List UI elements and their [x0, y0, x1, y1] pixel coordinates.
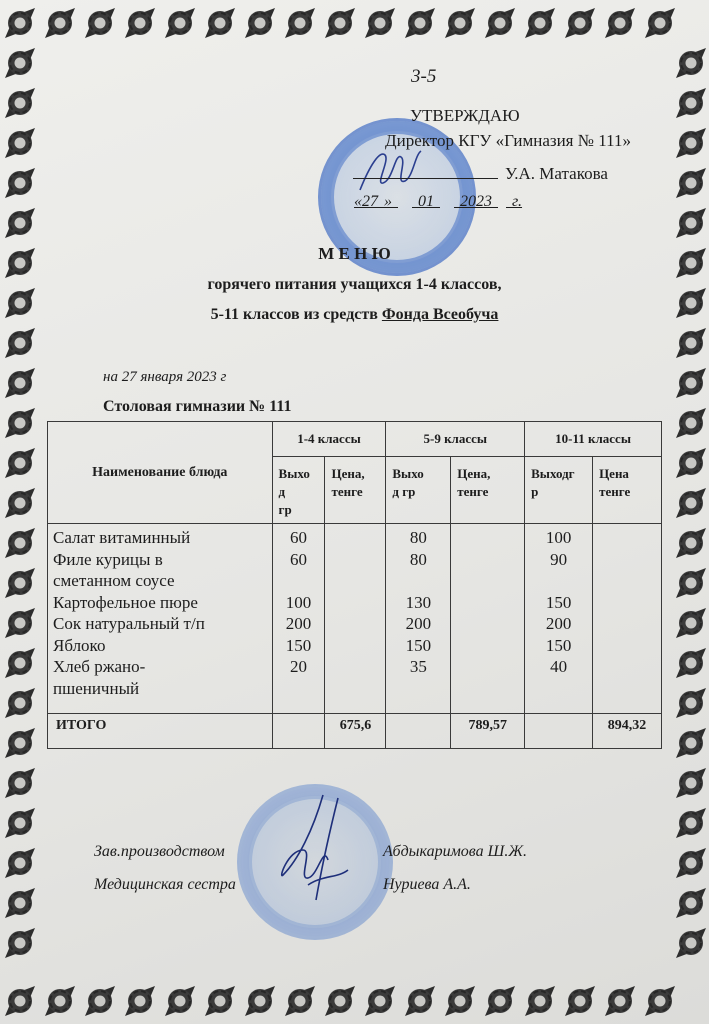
border-ornament-icon — [674, 566, 708, 600]
dish-name: Картофельное пюре — [48, 592, 272, 614]
dish-yield: 200 — [273, 613, 325, 635]
date-year: 2023 — [460, 193, 492, 210]
border-ornament-icon — [123, 984, 157, 1018]
border-ornament-icon — [203, 6, 237, 40]
border-ornament-icon — [674, 886, 708, 920]
border-ornament-icon — [3, 566, 37, 600]
approval-position: Директор КГУ «Гимназия № 111» — [385, 131, 631, 151]
total-price-10-11: 894,32 — [593, 714, 662, 749]
approval-signer: У.А. Матакова — [505, 164, 608, 184]
dish-name-cont: пшеничный — [48, 678, 272, 700]
border-ornament-icon — [674, 326, 708, 360]
price-header-5-9: Цена,тенге — [451, 457, 525, 524]
border-ornament-icon — [323, 984, 357, 1018]
border-ornament-icon — [3, 126, 37, 160]
border-ornament-icon — [3, 86, 37, 120]
group-header-5-9: 5-9 классы — [386, 422, 525, 457]
border-ornament-icon — [3, 886, 37, 920]
total-label: итого — [48, 714, 273, 749]
border-ornament-icon — [203, 984, 237, 1018]
dish-yield: 150 — [386, 635, 450, 657]
dish-yield: 80 — [386, 549, 450, 571]
border-ornament-icon — [674, 486, 708, 520]
spacer — [525, 678, 592, 700]
border-ornament-icon — [674, 686, 708, 720]
table-body-row: Салат витаминныйФиле курицы всметанном с… — [48, 524, 662, 714]
border-ornament-icon — [603, 6, 637, 40]
dish-yield: 200 — [525, 613, 592, 635]
menu-subtitle-1: горячего питания учащихся 1-4 классов, — [0, 276, 709, 294]
border-ornament-icon — [3, 46, 37, 80]
corner-mark: 3-5 — [411, 66, 436, 88]
border-ornament-icon — [83, 6, 117, 40]
border-ornament-icon — [3, 446, 37, 480]
border-ornament-icon — [674, 846, 708, 880]
staff-signatures — [268, 790, 358, 910]
director-signature — [355, 145, 425, 195]
border-ornament-icon — [283, 6, 317, 40]
document-page: 3-5 УТВЕРЖДАЮ Директор КГУ «Гимназия № 1… — [0, 0, 709, 1024]
border-ornament-icon — [163, 6, 197, 40]
border-ornament-icon — [283, 984, 317, 1018]
price-header-1-4: Цена,тенге — [325, 457, 386, 524]
border-ornament-icon — [403, 6, 437, 40]
group-header-10-11: 10-11 классы — [525, 422, 662, 457]
dish-name-cont: сметанном соусе — [48, 570, 272, 592]
dish-yield: 100 — [525, 527, 592, 549]
border-ornament-icon — [674, 926, 708, 960]
border-ornament-icon — [674, 166, 708, 200]
dish-yield: 100 — [273, 592, 325, 614]
dish-name: Филе курицы в — [48, 549, 272, 571]
border-ornament-icon — [3, 686, 37, 720]
fund-name: Фонда Всеобуча — [382, 306, 499, 323]
signature-line — [353, 178, 498, 179]
border-ornament-icon — [3, 166, 37, 200]
border-ornament-icon — [3, 984, 37, 1018]
border-ornament-icon — [674, 766, 708, 800]
dish-name: Сок натуральный т/п — [48, 613, 272, 635]
border-ornament-icon — [563, 984, 597, 1018]
price-1-4-column — [325, 524, 386, 714]
border-ornament-icon — [643, 6, 677, 40]
subtitle-prefix: 5-11 классов из средств — [211, 306, 382, 323]
signature-name-2: Нуриева А.А. — [383, 876, 471, 894]
yield-1-4-column: 6060 10020015020 — [272, 524, 325, 714]
price-10-11-column — [593, 524, 662, 714]
yield-5-9-column: 8080 13020015035 — [386, 524, 451, 714]
border-ornament-icon — [363, 984, 397, 1018]
border-ornament-icon — [523, 984, 557, 1018]
dish-yield: 200 — [386, 613, 450, 635]
yield-header-1-4: Выходгр — [272, 457, 325, 524]
border-ornament-icon — [674, 646, 708, 680]
dish-yield: 60 — [273, 527, 325, 549]
border-ornament-icon — [243, 6, 277, 40]
dish-yield: 20 — [273, 656, 325, 678]
dish-yield: 80 — [386, 527, 450, 549]
date-day: «27 » — [354, 193, 392, 210]
border-ornament-icon — [163, 984, 197, 1018]
signature-role-1: Зав.производством — [94, 843, 225, 861]
dish-yield: 150 — [273, 635, 325, 657]
yield-header-5-9: Выход гр — [386, 457, 451, 524]
border-ornament-icon — [483, 6, 517, 40]
border-ornament-icon — [674, 366, 708, 400]
border-ornament-icon — [3, 726, 37, 760]
total-price-1-4: 675,6 — [325, 714, 386, 749]
border-ornament-icon — [3, 766, 37, 800]
menu-table: Наименование блюда 1-4 классы 5-9 классы… — [47, 421, 662, 749]
dish-yield: 90 — [525, 549, 592, 571]
dish-name-header: Наименование блюда — [48, 422, 273, 524]
border-ornament-icon — [674, 446, 708, 480]
menu-title: М Е Н Ю — [0, 244, 709, 264]
spacer — [386, 570, 450, 592]
border-ornament-icon — [3, 526, 37, 560]
border-ornament-icon — [443, 984, 477, 1018]
yield-10-11-column: 10090 15020015040 — [525, 524, 593, 714]
border-ornament-icon — [483, 984, 517, 1018]
dish-names-column: Салат витаминныйФиле курицы всметанном с… — [48, 524, 273, 714]
border-ornament-icon — [443, 6, 477, 40]
border-ornament-icon — [674, 726, 708, 760]
border-ornament-icon — [43, 6, 77, 40]
menu-subtitle-2: 5-11 классов из средств Фонда Всеобуча — [0, 306, 709, 324]
border-ornament-icon — [674, 86, 708, 120]
border-ornament-icon — [243, 984, 277, 1018]
border-ornament-icon — [674, 206, 708, 240]
spacer — [273, 570, 325, 592]
border-ornament-icon — [674, 806, 708, 840]
signature-name-1: Абдыкаримова Ш.Ж. — [383, 843, 527, 861]
dish-yield: 150 — [525, 635, 592, 657]
total-price-5-9: 789,57 — [451, 714, 525, 749]
dish-name: Хлеб ржано- — [48, 656, 272, 678]
canteen-name: Столовая гимназии № 111 — [103, 398, 291, 416]
border-ornament-icon — [83, 984, 117, 1018]
signature-role-2: Медицинская сестра — [94, 876, 236, 894]
border-ornament-icon — [3, 486, 37, 520]
border-ornament-icon — [3, 606, 37, 640]
menu-date: на 27 января 2023 г — [103, 369, 226, 386]
price-header-10-11: Ценатенге — [593, 457, 662, 524]
dish-yield: 60 — [273, 549, 325, 571]
spacer — [273, 678, 325, 700]
dish-yield: 130 — [386, 592, 450, 614]
group-header-1-4: 1-4 классы — [272, 422, 386, 457]
border-ornament-icon — [3, 366, 37, 400]
border-ornament-icon — [3, 806, 37, 840]
spacer — [386, 678, 450, 700]
border-ornament-icon — [674, 406, 708, 440]
dish-name: Салат витаминный — [48, 527, 272, 549]
border-ornament-icon — [3, 846, 37, 880]
border-ornament-icon — [3, 646, 37, 680]
approval-title: УТВЕРЖДАЮ — [410, 106, 520, 126]
border-ornament-icon — [3, 406, 37, 440]
date-suffix: г. — [512, 193, 522, 210]
border-ornament-icon — [674, 526, 708, 560]
yield-header-10-11: Выходгр — [525, 457, 593, 524]
price-5-9-column — [451, 524, 525, 714]
date-month: 01 — [418, 193, 434, 210]
border-ornament-icon — [643, 984, 677, 1018]
border-ornament-icon — [43, 984, 77, 1018]
border-ornament-icon — [674, 606, 708, 640]
approval-date: «27 » 01 2023 г. — [354, 193, 522, 211]
border-ornament-icon — [403, 984, 437, 1018]
border-ornament-icon — [3, 206, 37, 240]
border-ornament-icon — [323, 6, 357, 40]
border-ornament-icon — [674, 126, 708, 160]
border-ornament-icon — [674, 46, 708, 80]
dish-yield: 150 — [525, 592, 592, 614]
border-ornament-icon — [3, 326, 37, 360]
total-row: итого 675,6 789,57 894,32 — [48, 714, 662, 749]
border-ornament-icon — [603, 984, 637, 1018]
border-ornament-icon — [563, 6, 597, 40]
dish-yield: 40 — [525, 656, 592, 678]
border-ornament-icon — [3, 6, 37, 40]
border-ornament-icon — [523, 6, 557, 40]
border-ornament-icon — [123, 6, 157, 40]
dish-yield: 35 — [386, 656, 450, 678]
border-ornament-icon — [3, 926, 37, 960]
border-ornament-icon — [363, 6, 397, 40]
dish-name: Яблоко — [48, 635, 272, 657]
spacer — [525, 570, 592, 592]
